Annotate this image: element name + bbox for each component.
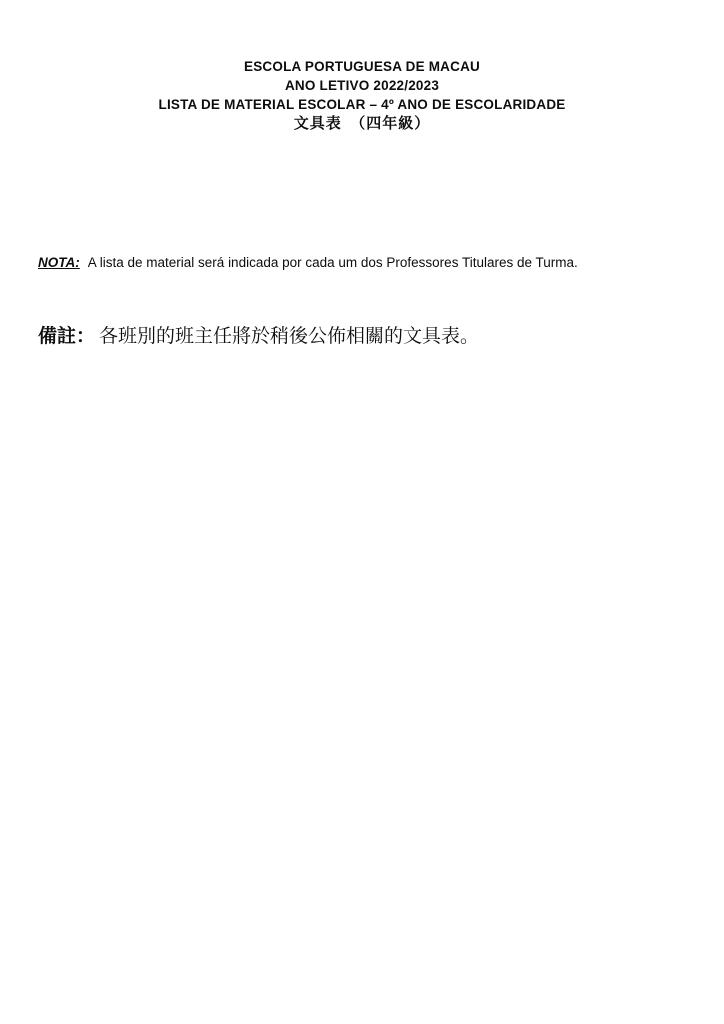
header-list-title: LISTA DE MATERIAL ESCOLAR – 4º ANO DE ES… [0,95,724,114]
header-school-name: ESCOLA PORTUGUESA DE MACAU [0,57,724,76]
header-school-year: ANO LETIVO 2022/2023 [0,76,724,95]
document-header: ESCOLA PORTUGUESA DE MACAU ANO LETIVO 20… [0,57,724,134]
remark-paragraph: 備註：各班別的班主任將於稍後公佈相關的文具表。 [38,324,694,350]
nota-label: NOTA: [38,255,80,270]
nota-text: A lista de material será indicada por ca… [88,255,578,270]
nota-paragraph: NOTA:A lista de material será indicada p… [38,254,694,272]
remark-text-chinese: 各班別的班主任將於稍後公佈相關的文具表。 [99,326,479,347]
header-title-chinese: 文具表 （四年級） [0,114,724,134]
document-page: ESCOLA PORTUGUESA DE MACAU ANO LETIVO 20… [0,0,724,1024]
remark-label-chinese: 備註： [38,326,95,347]
